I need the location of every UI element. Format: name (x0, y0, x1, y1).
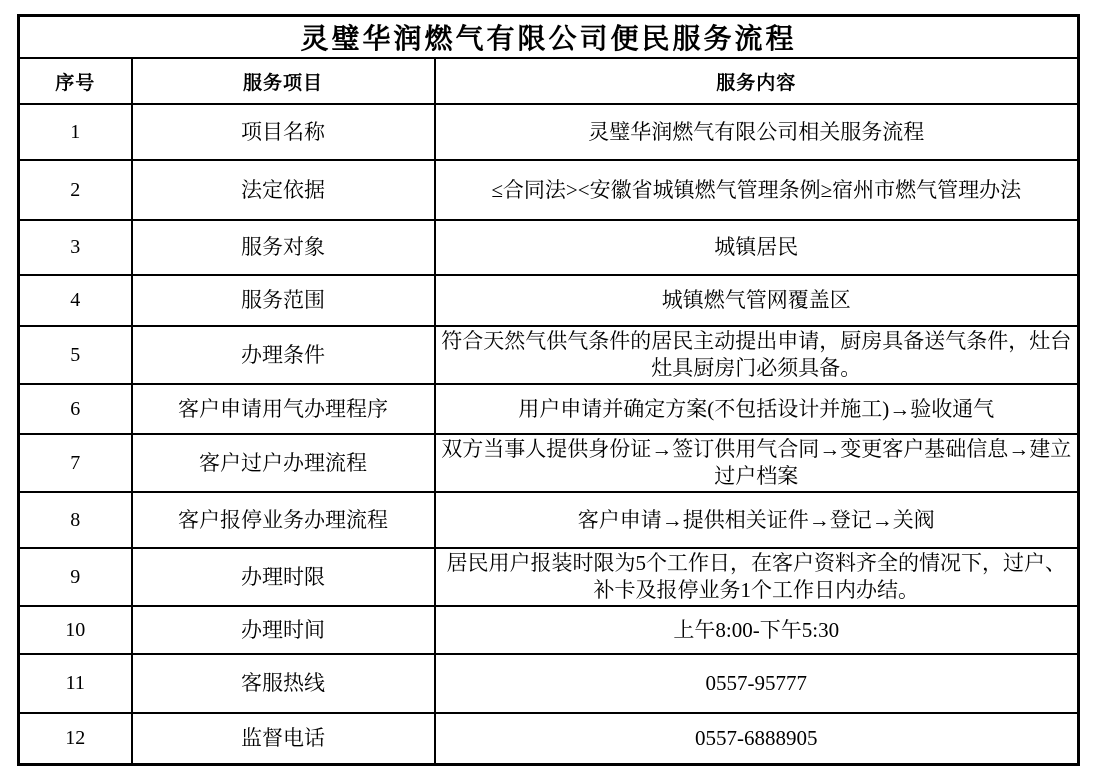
service-item-cell: 办理时限 (132, 548, 435, 606)
service-content-cell: 用户申请并确定方案(不包括设计并施工)→验收通气 (435, 384, 1079, 434)
table-row: 11客服热线0557-95777 (19, 654, 1079, 713)
service-content-cell: 上午8:00-下午5:30 (435, 606, 1079, 654)
service-item-cell: 客户申请用气办理程序 (132, 384, 435, 434)
row-number-cell: 1 (19, 104, 132, 160)
service-content-cell: 城镇燃气管网覆盖区 (435, 275, 1079, 326)
table-row: 12监督电话0557-6888905 (19, 713, 1079, 764)
row-number-cell: 4 (19, 275, 132, 326)
table-row: 7客户过户办理流程双方当事人提供身份证→签订供用气合同→变更客户基础信息→建立过… (19, 434, 1079, 492)
service-content-cell: 符合天然气供气条件的居民主动提出申请，厨房具备送气条件，灶台灶具厨房门必须具备。 (435, 326, 1079, 384)
service-item-cell: 服务范围 (132, 275, 435, 326)
row-number-cell: 10 (19, 606, 132, 654)
service-content-cell: 城镇居民 (435, 220, 1079, 275)
table-row: 3服务对象城镇居民 (19, 220, 1079, 275)
table-row: 10办理时间上午8:00-下午5:30 (19, 606, 1079, 654)
table-row: 4服务范围城镇燃气管网覆盖区 (19, 275, 1079, 326)
service-item-cell: 办理条件 (132, 326, 435, 384)
service-item-cell: 监督电话 (132, 713, 435, 764)
service-item-cell: 项目名称 (132, 104, 435, 160)
table-row: 8客户报停业务办理流程客户申请→提供相关证件→登记→关阀 (19, 492, 1079, 548)
row-number-cell: 8 (19, 492, 132, 548)
service-table: 灵璧华润燃气有限公司便民服务流程 序号 服务项目 服务内容 1项目名称灵璧华润燃… (17, 14, 1080, 766)
service-item-cell: 服务对象 (132, 220, 435, 275)
column-header-item: 服务项目 (132, 58, 435, 104)
table-row: 1项目名称灵璧华润燃气有限公司相关服务流程 (19, 104, 1079, 160)
column-header-no: 序号 (19, 58, 132, 104)
row-number-cell: 12 (19, 713, 132, 764)
table-row: 9办理时限居民用户报装时限为5个工作日，在客户资料齐全的情况下，过户、补卡及报停… (19, 548, 1079, 606)
service-content-cell: 客户申请→提供相关证件→登记→关阀 (435, 492, 1079, 548)
service-item-cell: 办理时间 (132, 606, 435, 654)
table-body: 1项目名称灵璧华润燃气有限公司相关服务流程2法定依据≤合同法><安徽省城镇燃气管… (19, 104, 1079, 764)
page-title: 灵璧华润燃气有限公司便民服务流程 (19, 16, 1079, 59)
row-number-cell: 9 (19, 548, 132, 606)
service-item-cell: 客服热线 (132, 654, 435, 713)
row-number-cell: 11 (19, 654, 132, 713)
row-number-cell: 6 (19, 384, 132, 434)
document-page: 灵璧华润燃气有限公司便民服务流程 序号 服务项目 服务内容 1项目名称灵璧华润燃… (0, 0, 1094, 782)
service-content-cell: ≤合同法><安徽省城镇燃气管理条例≥宿州市燃气管理办法 (435, 160, 1079, 220)
row-number-cell: 2 (19, 160, 132, 220)
service-content-cell: 灵璧华润燃气有限公司相关服务流程 (435, 104, 1079, 160)
service-item-cell: 客户过户办理流程 (132, 434, 435, 492)
service-item-cell: 客户报停业务办理流程 (132, 492, 435, 548)
row-number-cell: 5 (19, 326, 132, 384)
row-number-cell: 3 (19, 220, 132, 275)
table-title-row: 灵璧华润燃气有限公司便民服务流程 (19, 16, 1079, 59)
service-content-cell: 0557-95777 (435, 654, 1079, 713)
service-item-cell: 法定依据 (132, 160, 435, 220)
service-content-cell: 双方当事人提供身份证→签订供用气合同→变更客户基础信息→建立过户档案 (435, 434, 1079, 492)
table-header-row: 序号 服务项目 服务内容 (19, 58, 1079, 104)
service-content-cell: 0557-6888905 (435, 713, 1079, 764)
column-header-content: 服务内容 (435, 58, 1079, 104)
row-number-cell: 7 (19, 434, 132, 492)
table-row: 6客户申请用气办理程序用户申请并确定方案(不包括设计并施工)→验收通气 (19, 384, 1079, 434)
table-row: 5办理条件符合天然气供气条件的居民主动提出申请，厨房具备送气条件，灶台灶具厨房门… (19, 326, 1079, 384)
table-row: 2法定依据≤合同法><安徽省城镇燃气管理条例≥宿州市燃气管理办法 (19, 160, 1079, 220)
service-content-cell: 居民用户报装时限为5个工作日，在客户资料齐全的情况下，过户、补卡及报停业务1个工… (435, 548, 1079, 606)
